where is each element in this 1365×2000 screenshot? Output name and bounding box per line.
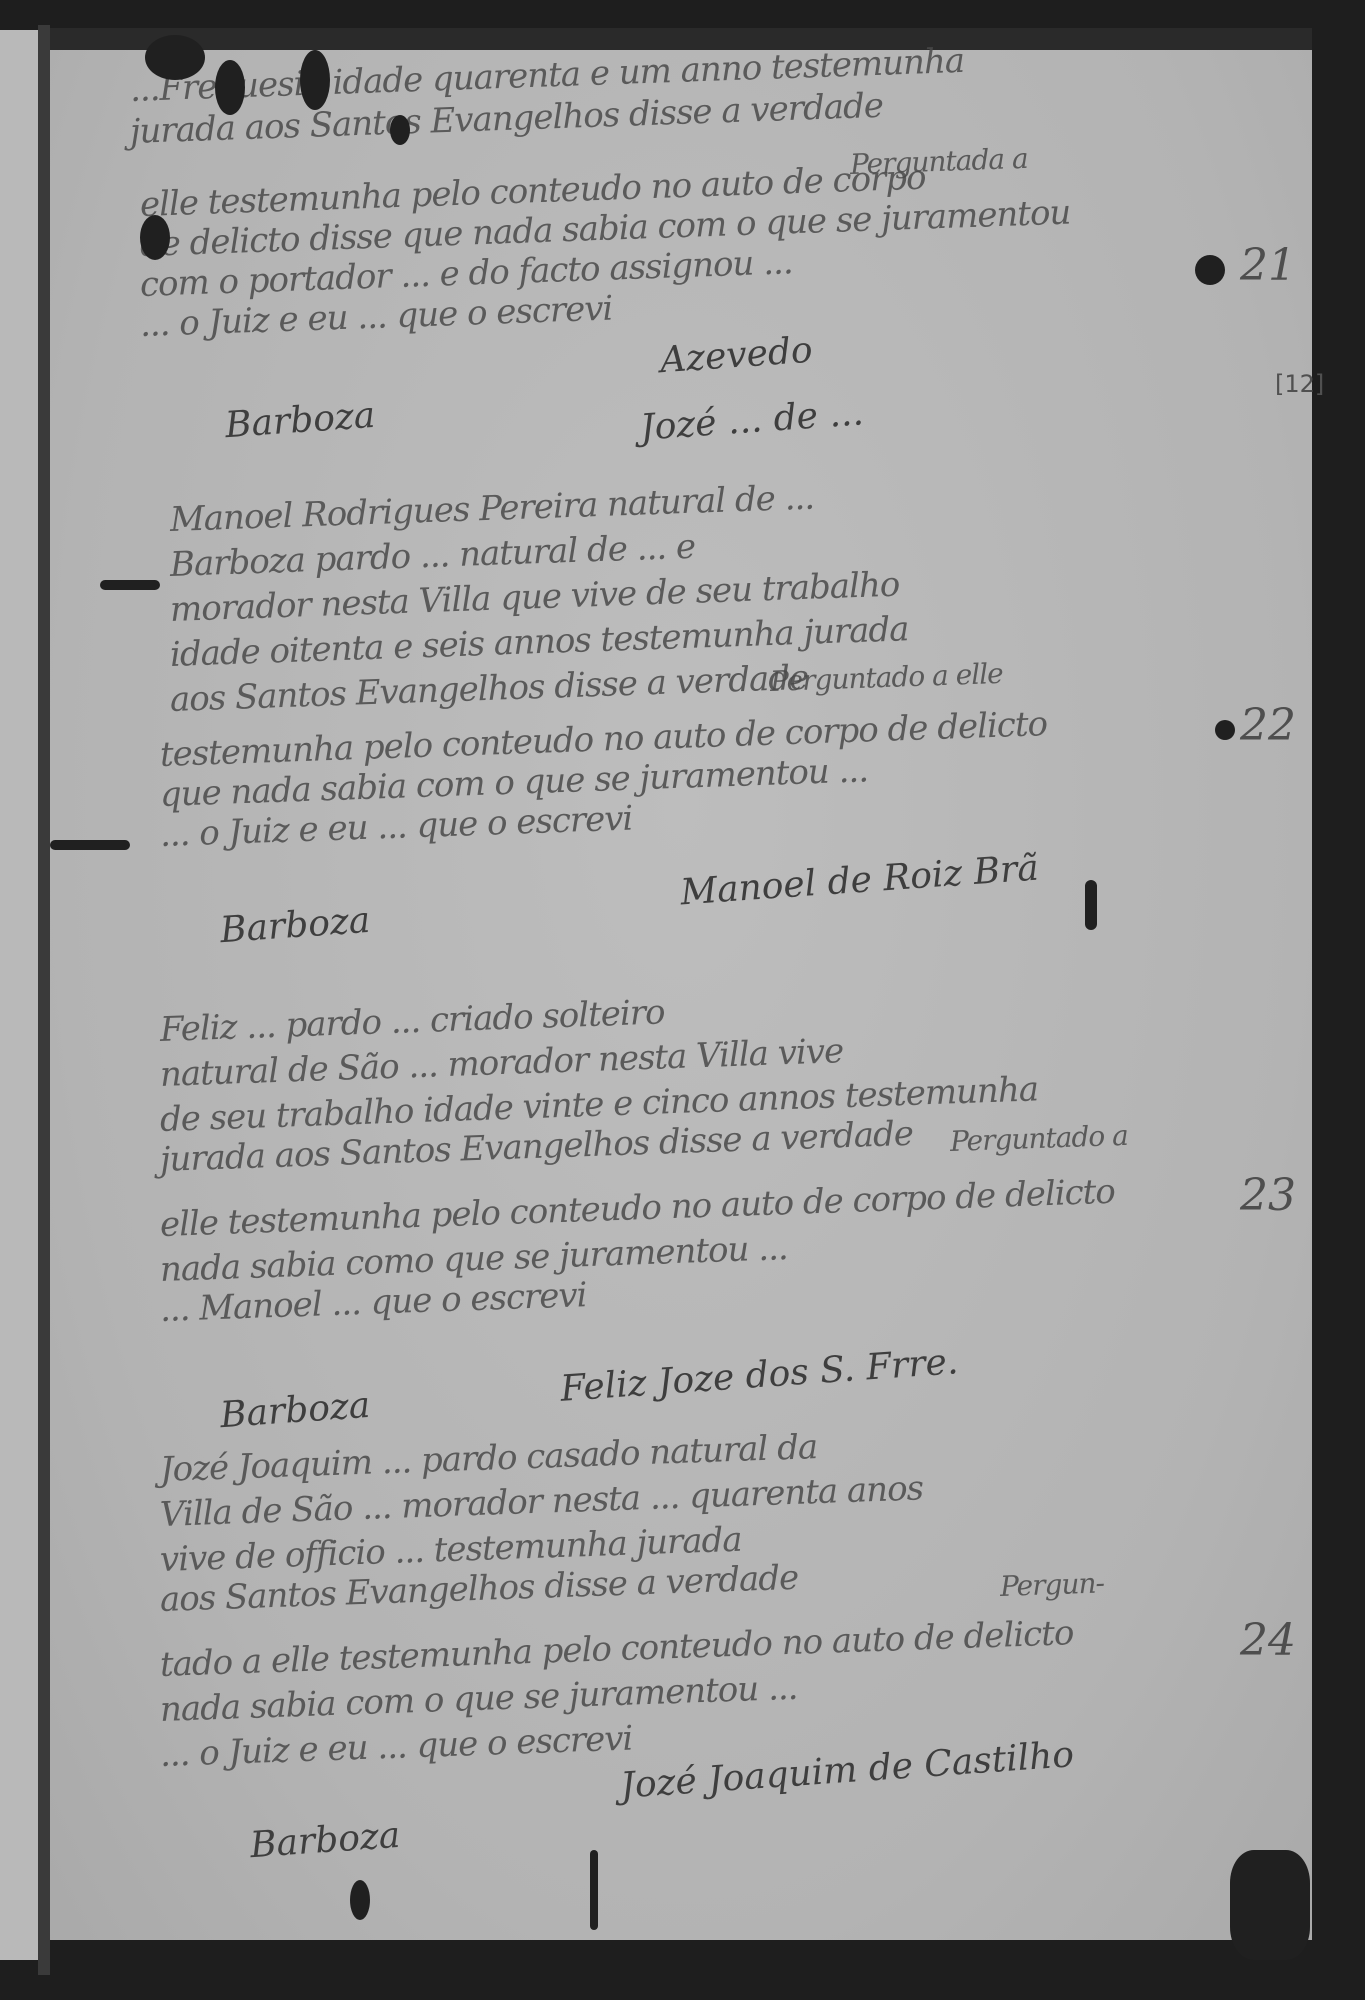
ink-blot [140, 215, 170, 260]
ink-blot [350, 1880, 370, 1920]
ink-blot [390, 115, 410, 145]
folio-number: [12] [1275, 370, 1324, 398]
ink-blot [1230, 1850, 1310, 1960]
page-top-damage [50, 28, 1312, 50]
page-bottom-damage [50, 1940, 1312, 2000]
ink-blot [590, 1850, 598, 1930]
ink-blot [1085, 880, 1097, 930]
margin-number: 24 [1240, 1615, 1296, 1666]
ink-blot [215, 60, 245, 115]
book-gutter [38, 25, 50, 1975]
text-line: Perguntado a [949, 1119, 1128, 1158]
margin-number: 23 [1240, 1170, 1296, 1221]
ink-blot [300, 50, 330, 110]
margin-number: 22 [1240, 700, 1296, 751]
ink-blot [145, 35, 205, 80]
margin-number: 21 [1240, 240, 1296, 291]
ink-blot [100, 580, 160, 590]
ink-blot [50, 840, 130, 850]
right-page-border [1312, 0, 1365, 2000]
left-facing-page-edge [0, 30, 38, 1960]
ink-blot [1195, 255, 1225, 285]
text-line: Pergun- [999, 1566, 1104, 1603]
ink-blot [1215, 720, 1235, 740]
